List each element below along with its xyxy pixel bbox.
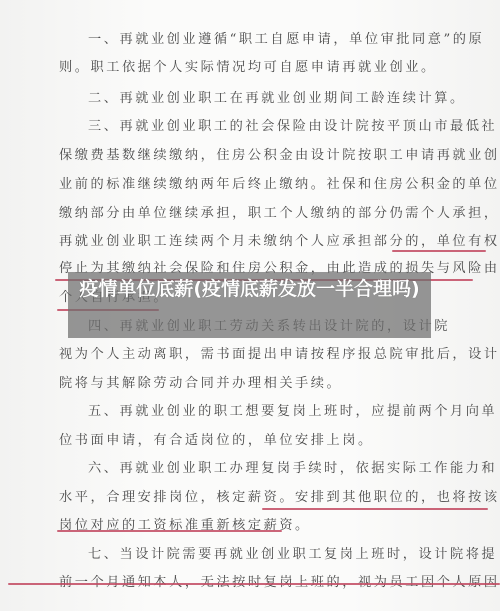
doc-line-1: 一、再就业创业遵循“职工自愿申请，单位审批同意”的原 (88, 32, 484, 48)
red-underline-6 (8, 583, 500, 585)
red-underline-4 (262, 508, 488, 510)
overlay-title: 疫情单位底薪(疫情底薪发放一半合理吗) (68, 276, 431, 303)
doc-line-2: 则。职工依据个人实际情况均可自愿申请再就业创业。 (59, 60, 437, 76)
doc-line-19: 七、当设计院需要再就业创业职工复岗上班时，设计院将提 (88, 547, 497, 563)
doc-line-13: 院将与其解除劳动合同并办理相关手续。 (59, 376, 342, 392)
red-underline-5 (57, 530, 282, 532)
doc-line-8: 再就业创业职工连续两个月未缴纳个人应承担部分的，单位有权 (59, 234, 500, 250)
doc-line-17: 水平，合理安排岗位，核定薪资。安排到其他职位的，也将按该 (59, 490, 500, 506)
doc-line-15: 位书面申请，有合适岗位的，单位安排上岗。 (59, 433, 374, 449)
doc-line-14: 五、再就业创业的职工想要复岗上班时，应提前两个月向单 (88, 404, 497, 420)
doc-line-6: 业前的标准继续缴纳两年后终止缴纳。社保和住房公积金的单位 (59, 177, 500, 193)
red-underline-1 (392, 250, 486, 252)
doc-line-7: 缴纳部分由单位继续承担，职工个人缴纳的部分仍需个人承担， (59, 206, 500, 222)
doc-line-16: 六、再就业创业职工办理复岗手续时，依据实际工作能力和 (88, 461, 497, 477)
title-overlay-banner: 疫情单位底薪(疫情底薪发放一半合理吗) (68, 272, 431, 338)
doc-line-4: 三、再就业创业职工的社会保险由设计院按平顶山市最低社 (88, 119, 497, 135)
doc-line-12: 视为个人主动离职，需书面提出申请按程序报总院审批后，设计 (59, 347, 500, 363)
doc-line-3: 二、再就业创业职工在再就业创业期间工龄连续计算。 (88, 91, 466, 107)
doc-line-5: 保缴费基数继续缴纳，住房公积金由设计院按职工申请再就业创 (59, 148, 500, 164)
